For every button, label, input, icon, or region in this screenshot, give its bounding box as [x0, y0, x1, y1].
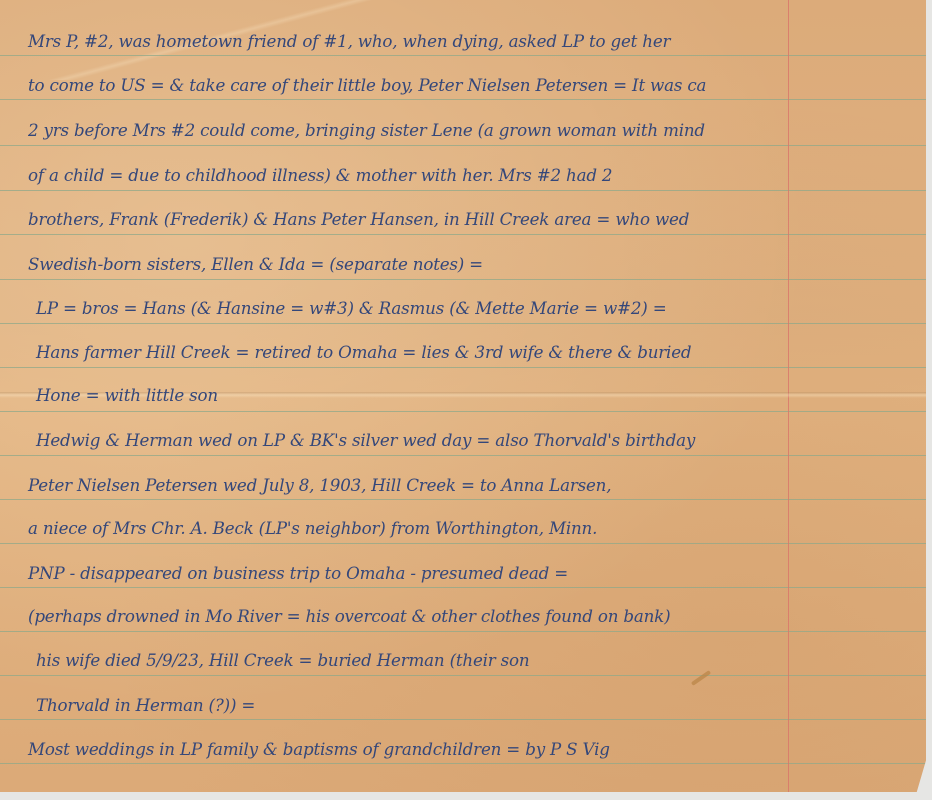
handwritten-line-6: Swedish-born sisters, Ellen & Ida = (sep…: [28, 255, 900, 275]
handwritten-line-3: 2 yrs before Mrs #2 could come, bringing…: [28, 121, 900, 141]
handwritten-line-4: of a child = due to childhood illness) &…: [28, 166, 900, 186]
handwritten-line-14: (perhaps drowned in Mo River = his overc…: [28, 607, 900, 627]
handwritten-line-5: brothers, Frank (Frederik) & Hans Peter …: [28, 210, 900, 230]
ink-stain: [691, 670, 711, 686]
handwritten-line-10: Hedwig & Herman wed on LP & BK's silver …: [36, 431, 900, 451]
handwritten-line-15: his wife died 5/9/23, Hill Creek = burie…: [36, 651, 900, 671]
handwritten-line-7: LP = bros = Hans (& Hansine = w#3) & Ras…: [36, 299, 900, 319]
handwritten-line-16: Thorvald in Herman (?)) =: [36, 696, 900, 716]
handwritten-line-1: Mrs P, #2, was hometown friend of #1, wh…: [28, 32, 900, 52]
handwritten-line-8: Hans farmer Hill Creek = retired to Omah…: [36, 343, 900, 363]
handwritten-line-13: PNP - disappeared on business trip to Om…: [28, 564, 900, 584]
handwritten-line-17: Most weddings in LP family & baptisms of…: [28, 740, 900, 760]
handwritten-line-12: a niece of Mrs Chr. A. Beck (LP's neighb…: [28, 519, 900, 539]
handwritten-line-11: Peter Nielsen Petersen wed July 8, 1903,…: [28, 476, 900, 496]
lined-paper-page: Mrs P, #2, was hometown friend of #1, wh…: [0, 0, 926, 792]
handwritten-line-9: Hone = with little son: [36, 386, 900, 406]
handwritten-line-2: to come to US = & take care of their lit…: [28, 76, 900, 96]
